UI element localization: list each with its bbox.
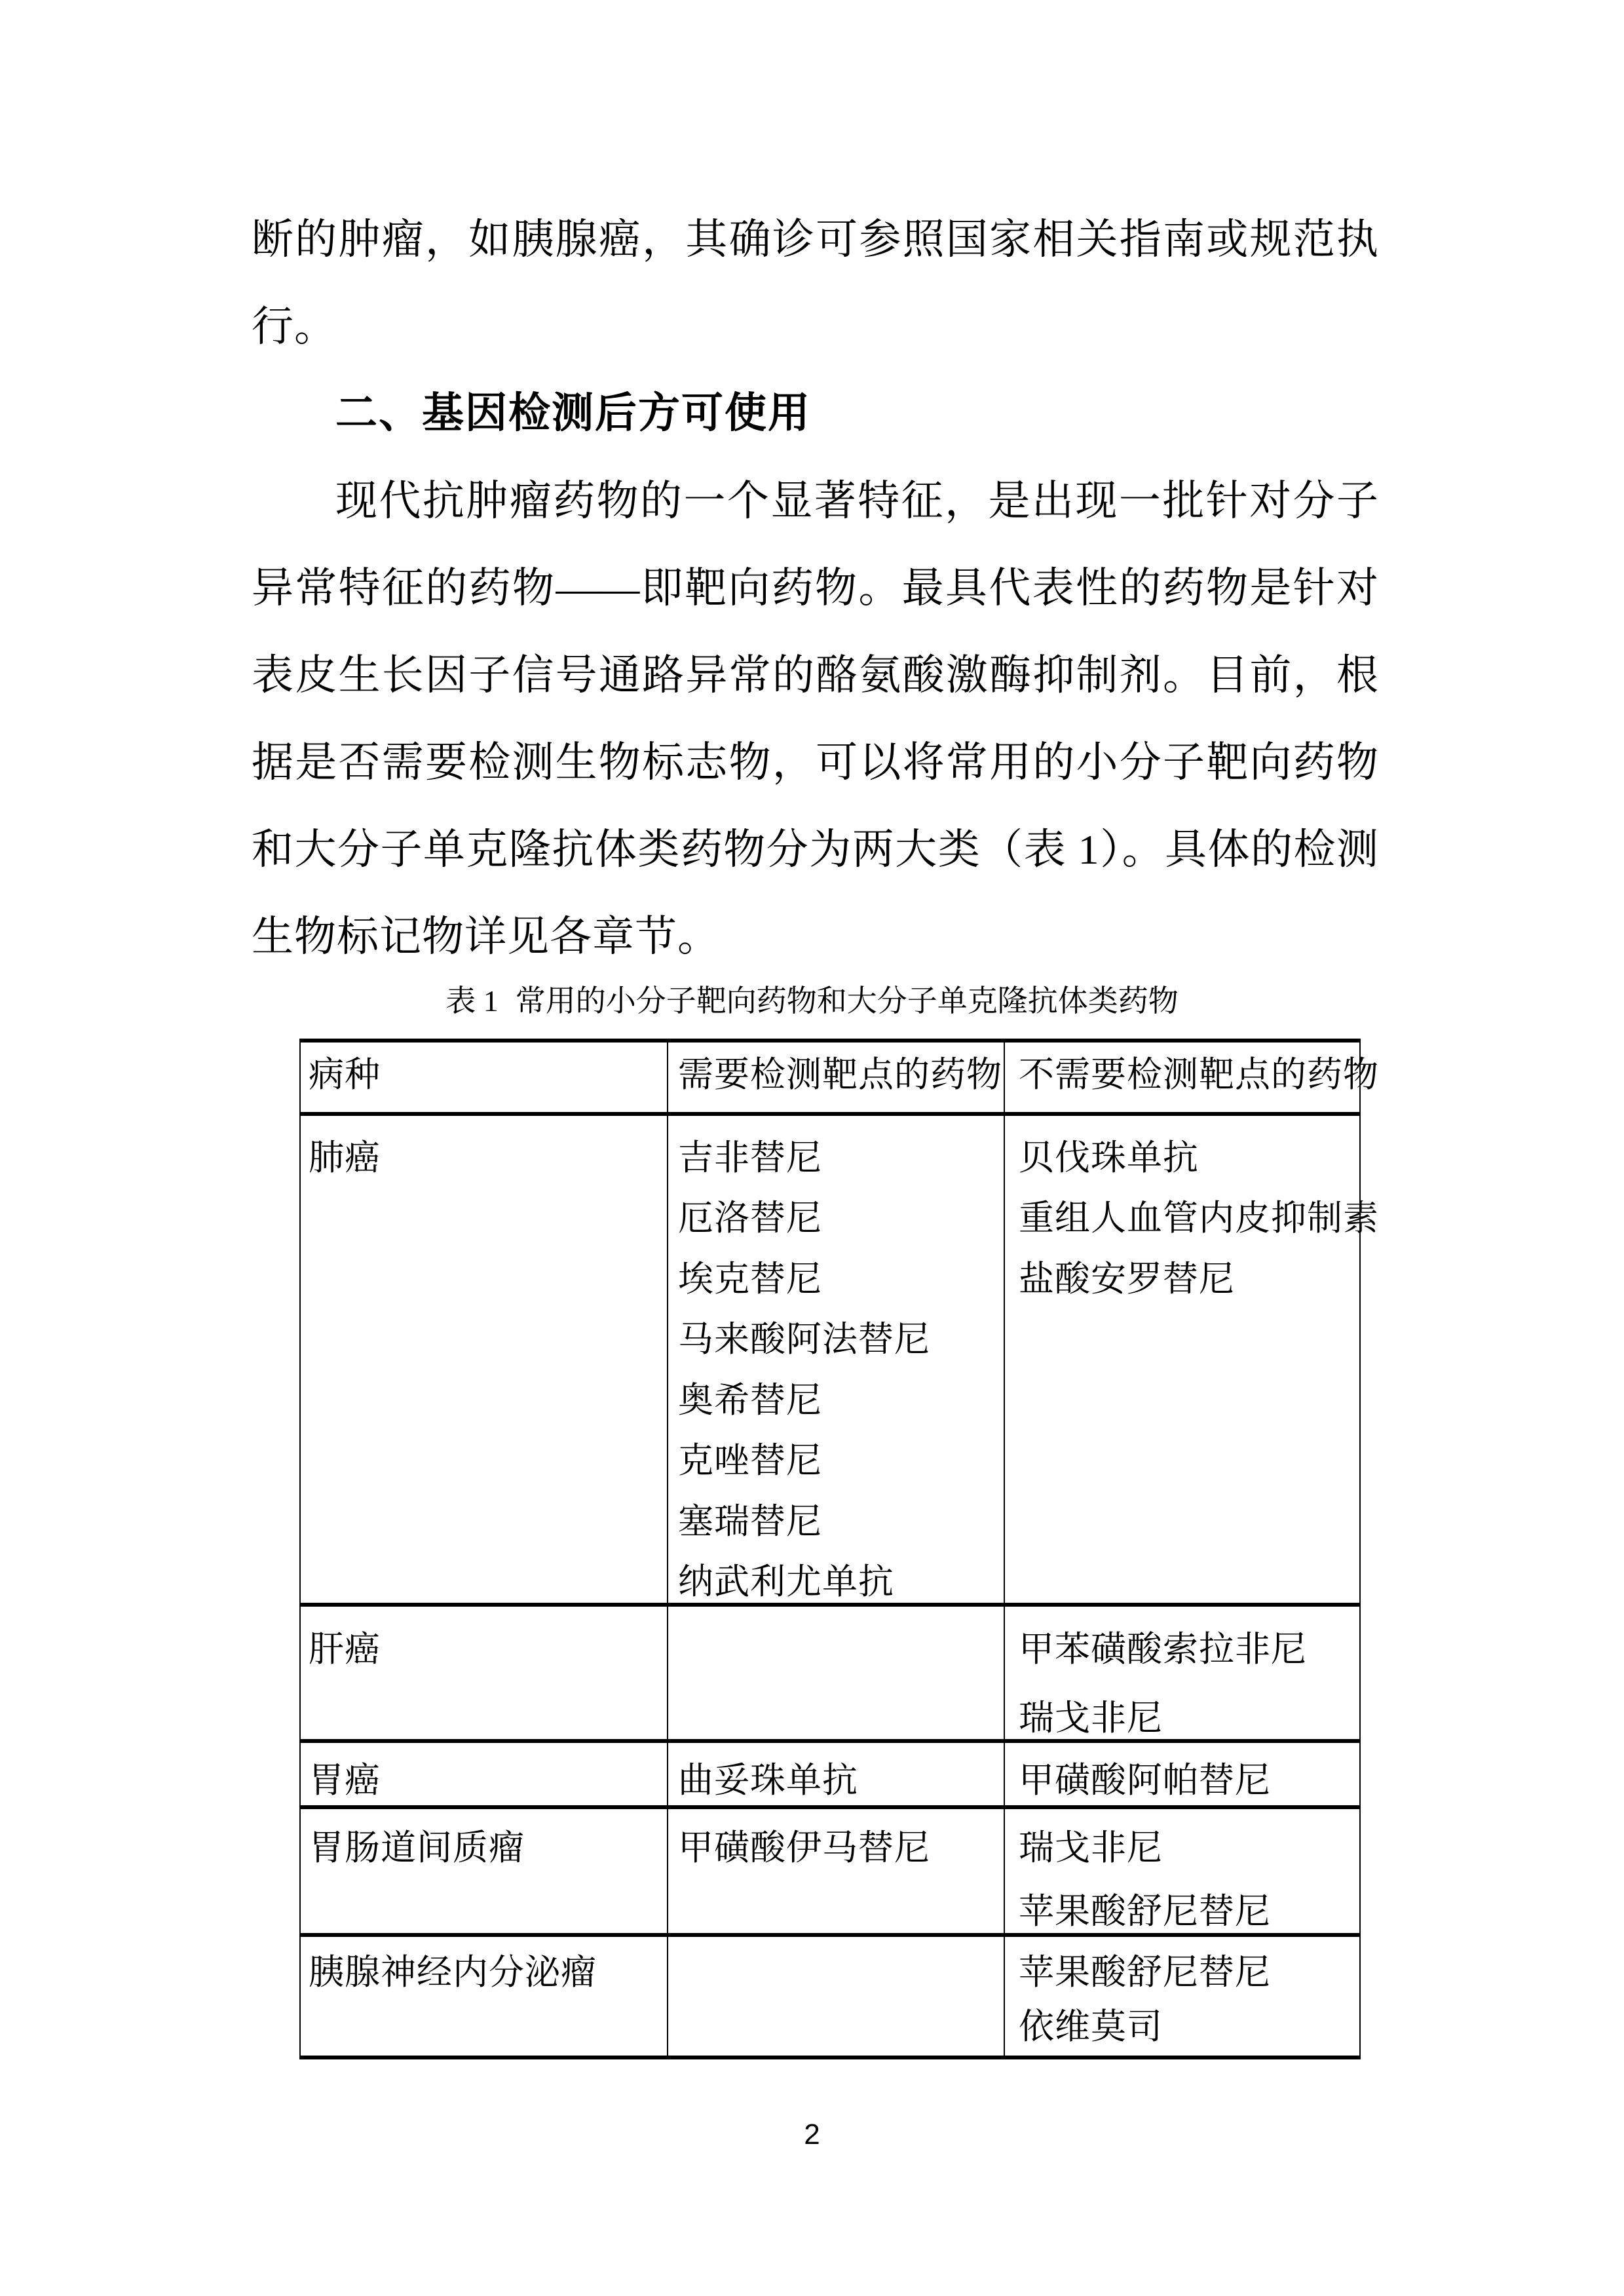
table-cell-drug: 曲妥珠单抗 [678, 1763, 858, 1798]
table-cell-drug: 盐酸安罗替尼 [1019, 1261, 1235, 1297]
paragraph-line-2: 行。 [252, 306, 1378, 348]
table-cell-drug: 纳武利尤单抗 [678, 1564, 894, 1599]
table-cell-drug: 甲磺酸伊马替尼 [678, 1830, 930, 1865]
paragraph-line-5: 异常特征的药物——即靶向药物。最具代表性的药物是针对 [252, 567, 1378, 609]
table-divider-col2 [1004, 1039, 1005, 2059]
table-row-separator-1 [299, 1603, 1361, 1607]
table-row-separator-4 [299, 1933, 1361, 1937]
page-number: 2 [0, 2120, 1624, 2149]
paragraph-line-6: 表皮生长因子信号通路异常的酪氨酸激酶抑制剂。目前，根 [252, 655, 1378, 697]
section-heading: 二、基因检测后方可使用 [335, 392, 1462, 434]
table-cell-drug: 依维莫司 [1019, 2009, 1163, 2044]
table-divider-col1 [667, 1039, 668, 2059]
table-cell-drug: 重组人血管内皮抑制素 [1019, 1200, 1379, 1236]
table-border-right [1359, 1039, 1361, 2059]
table-cell-drug: 埃克替尼 [678, 1261, 822, 1297]
table-row-disease: 肺癌 [309, 1140, 381, 1176]
table-row-disease: 肝癌 [309, 1632, 381, 1667]
table-cell-drug: 瑞戈非尼 [1019, 1700, 1163, 1736]
table-header-need: 需要检测靶点的药物 [678, 1057, 1002, 1092]
paragraph-line-4: 现代抗肿瘤药物的一个显著特征，是出现一批针对分子 [252, 480, 1378, 522]
table-row-separator-2 [299, 1739, 1361, 1743]
table-border-top [299, 1039, 1361, 1043]
table-cell-drug: 马来酸阿法替尼 [678, 1322, 930, 1357]
table-caption: 表 1常用的小分子靶向药物和大分子单克隆抗体类药物 [0, 986, 1624, 1016]
table-cell-drug: 吉非替尼 [678, 1140, 822, 1176]
table-cell-drug: 厄洛替尼 [678, 1200, 822, 1236]
table-cell-drug: 塞瑞替尼 [678, 1504, 822, 1539]
table-border-bottom [299, 2056, 1361, 2059]
table-cell-drug: 瑞戈非尼 [1019, 1830, 1163, 1865]
table-cell-drug: 甲苯磺酸索拉非尼 [1019, 1632, 1307, 1667]
table-row-disease: 胃癌 [309, 1763, 381, 1798]
document-page: { "paragraphs": { "line1": "断的肿瘤，如胰腺癌，其确… [0, 0, 1624, 2296]
table-cell-drug: 克唑替尼 [678, 1443, 822, 1478]
table-row-disease: 胰腺神经内分泌瘤 [309, 1955, 597, 1990]
table-header-separator [299, 1112, 1361, 1116]
table-border-left [299, 1039, 301, 2059]
table-header-no-need: 不需要检测靶点的药物 [1019, 1057, 1379, 1092]
table-cell-drug: 奥希替尼 [678, 1383, 822, 1418]
table-header-disease: 病种 [309, 1057, 381, 1092]
table-cell-drug: 苹果酸舒尼替尼 [1019, 1955, 1271, 1990]
table-cell-drug: 甲磺酸阿帕替尼 [1019, 1763, 1271, 1798]
paragraph-line-1: 断的肿瘤，如胰腺癌，其确诊可参照国家相关指南或规范执 [252, 219, 1378, 261]
paragraph-line-9: 生物标记物详见各章节。 [252, 916, 1378, 958]
table-caption-label: 表 1 [445, 986, 499, 1016]
table-row-disease: 胃肠道间质瘤 [309, 1830, 525, 1865]
table-row-separator-3 [299, 1805, 1361, 1809]
paragraph-line-8: 和大分子单克隆抗体类药物分为两大类（表 1）。具体的检测 [252, 829, 1378, 871]
drug-table: 病种 需要检测靶点的药物 不需要检测靶点的药物 肺癌 吉非替尼 厄洛替尼 埃克替… [299, 1039, 1361, 2059]
table-cell-drug: 贝伐珠单抗 [1019, 1140, 1199, 1176]
paragraph-line-7: 据是否需要检测生物标志物，可以将常用的小分子靶向药物 [252, 742, 1378, 784]
table-cell-drug: 苹果酸舒尼替尼 [1019, 1894, 1271, 1929]
table-caption-title: 常用的小分子靶向药物和大分子单克隆抗体类药物 [516, 984, 1179, 1018]
